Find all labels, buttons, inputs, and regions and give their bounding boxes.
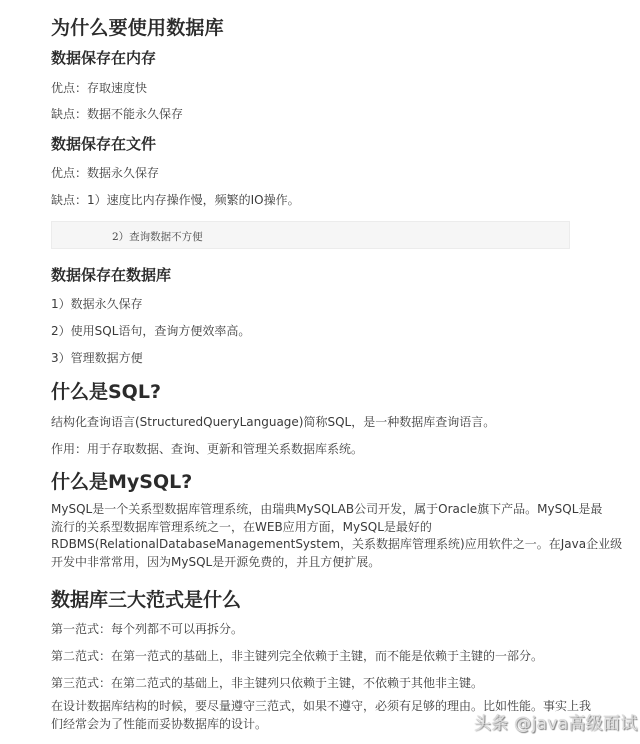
mysql-line-2: 流行的关系型数据库管理系统之一，在WEB应用方面，MySQL是最好的: [51, 519, 576, 537]
database-item-3: 3）管理数据方便: [51, 349, 143, 366]
third-normal-form: 第三范式：在第二范式的基础上，非主键列只依赖于主键，不依赖于其他非主键。: [51, 674, 483, 691]
sql-usage: 作用：用于存取数据、查询、更新和管理关系数据库系统。: [51, 440, 363, 457]
second-normal-form: 第二范式：在第一范式的基础上，非主键列完全依赖于主键，而不能是依赖于主键的一部分…: [51, 647, 543, 664]
memory-pros: 优点：存取速度快: [51, 79, 147, 96]
heading-memory: 数据保存在内存: [51, 47, 156, 68]
heading-normal-forms: 数据库三大范式是什么: [51, 585, 241, 612]
code-block: 2）查询数据不方便: [51, 221, 570, 249]
code-line: 2）查询数据不方便: [112, 229, 203, 244]
heading-file: 数据保存在文件: [51, 133, 156, 154]
heading-sql: 什么是SQL?: [51, 377, 161, 404]
watermark: 头条 @java高级面试: [474, 709, 638, 734]
first-normal-form: 第一范式：每个列都不可以再拆分。: [51, 620, 243, 637]
file-cons: 缺点：1）速度比内存操作慢，频繁的IO操作。: [51, 191, 300, 208]
database-item-1: 1）数据永久保存: [51, 295, 143, 312]
mysql-paragraph: MySQL是一个关系型数据库管理系统，由瑞典MySQLAB公司开发，属于Orac…: [51, 501, 576, 571]
heading-mysql: 什么是MySQL?: [51, 467, 192, 494]
mysql-line-4: 开发中非常常用，因为MySQL是开源免费的，并且方便扩展。: [51, 554, 576, 572]
heading-database: 数据保存在数据库: [51, 264, 171, 285]
mysql-line-1: MySQL是一个关系型数据库管理系统，由瑞典MySQLAB公司开发，属于Orac…: [51, 501, 576, 519]
memory-cons: 缺点：数据不能永久保存: [51, 105, 183, 122]
sql-definition: 结构化查询语言(StructuredQueryLanguage)简称SQL，是一…: [51, 413, 495, 430]
database-item-2: 2）使用SQL语句，查询方便效率高。: [51, 322, 250, 339]
file-pros: 优点：数据永久保存: [51, 164, 159, 181]
mysql-line-3: RDBMS(RelationalDatabaseManagementSystem…: [51, 536, 576, 554]
page-title: 为什么要使用数据库: [51, 13, 224, 40]
